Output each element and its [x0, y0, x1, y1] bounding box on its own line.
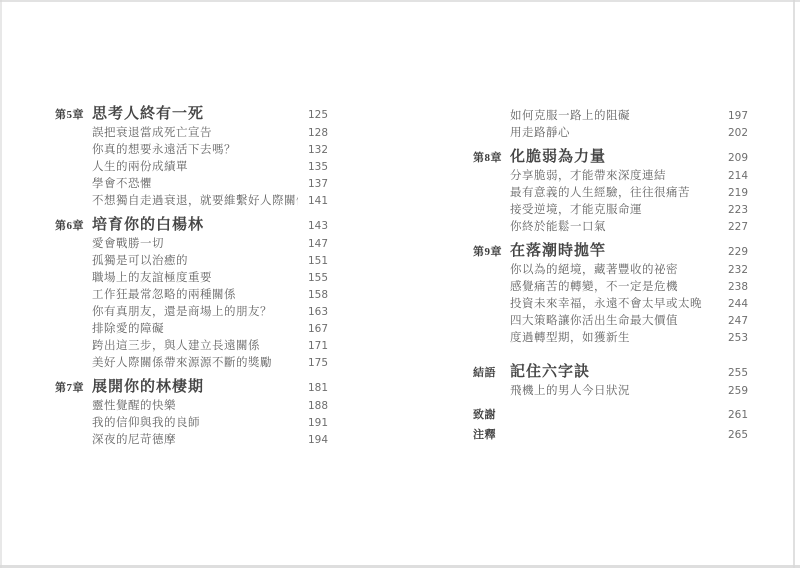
page-edge-left	[0, 0, 2, 568]
chapter-label: 第9章	[473, 241, 510, 263]
chapter-block: 第7章展開你的林棲期181靈性覺醒的快樂188我的信仰與我的良師191深夜的尼苛…	[55, 376, 328, 449]
entry-title: 度過轉型期，如獲新生	[510, 330, 718, 347]
toc-entry-row: 職場上的友誼極度重要155	[55, 270, 328, 287]
entry-page-number: 141	[298, 193, 328, 210]
chapter-heading-row: 第9章在落潮時拋竿229	[473, 240, 748, 262]
entry-title: 愛會戰勝一切	[92, 236, 298, 253]
toc-entry-row: 不想獨自走過衰退，就要維繫好人際關係141	[55, 193, 328, 210]
chapter-title: 培育你的白楊林	[92, 214, 298, 236]
backmatter-label: 注釋	[473, 425, 510, 445]
toc-entry-row: 你真的想要永遠活下去嗎？132	[55, 142, 328, 159]
chapter-block: 結語記住六字訣255飛機上的男人今日狀況259	[473, 361, 748, 400]
entry-page-number: 167	[298, 321, 328, 338]
page-edge-right	[793, 0, 795, 568]
toc-entry-row: 我的信仰與我的良師191	[55, 415, 328, 432]
chapter-page-number: 255	[718, 362, 748, 384]
entry-page-number: 132	[298, 142, 328, 159]
chapter-heading-row: 第8章化脆弱為力量209	[473, 146, 748, 168]
entry-title: 最有意義的人生經驗，往往很痛苦	[510, 185, 718, 202]
entry-title: 你有真朋友，還是商場上的朋友？	[92, 304, 298, 321]
toc-entry-row: 如何克服一路上的阻礙197	[473, 108, 748, 125]
entry-title: 如何克服一路上的阻礙	[510, 108, 718, 125]
toc-entry-row: 深夜的尼苛德摩194	[55, 432, 328, 449]
toc-entry-row: 最有意義的人生經驗，往往很痛苦219	[473, 185, 748, 202]
chapter-title: 思考人終有一死	[92, 103, 298, 125]
chapter-page-number: 209	[718, 147, 748, 169]
toc-column-right: 如何克服一路上的阻礙197用走路靜心202第8章化脆弱為力量209分享脆弱，才能…	[473, 108, 748, 445]
backmatter-row: 致謝261	[473, 405, 748, 425]
toc-column-left: 第5章思考人終有一死125誤把衰退當成死亡宣告128你真的想要永遠活下去嗎？13…	[55, 103, 328, 449]
chapter-title: 記住六字訣	[510, 361, 718, 383]
chapter-label: 結語	[473, 362, 510, 384]
chapter-page-number: 181	[298, 377, 328, 399]
entry-title: 投資未來幸福，永遠不會太早或太晚	[510, 296, 718, 313]
entry-title: 職場上的友誼極度重要	[92, 270, 298, 287]
entry-page-number: 147	[298, 236, 328, 253]
toc-entry-row: 人生的兩份成績單135	[55, 159, 328, 176]
backmatter-block: 致謝261	[473, 405, 748, 425]
toc-entry-row: 飛機上的男人今日狀況259	[473, 383, 748, 400]
entry-page-number: 238	[718, 279, 748, 296]
entry-title: 四大策略讓你活出生命最大價值	[510, 313, 718, 330]
chapter-page-number: 229	[718, 241, 748, 263]
entry-page-number: 158	[298, 287, 328, 304]
entry-page-number: 128	[298, 125, 328, 142]
chapter-page-number: 125	[298, 104, 328, 126]
entry-title: 感覺痛苦的轉變，不一定是危機	[510, 279, 718, 296]
toc-entry-row: 你以為的絕境，藏著豐收的祕密232	[473, 262, 748, 279]
entry-title: 跨出這三步，與人建立長遠關係	[92, 338, 298, 355]
toc-entry-row: 工作狂最常忽略的兩種關係158	[55, 287, 328, 304]
entry-title: 美好人際關係帶來源源不斷的獎勵	[92, 355, 298, 372]
backmatter-block: 注釋265	[473, 425, 748, 445]
toc-entry-row: 接受逆境，才能克服命運223	[473, 202, 748, 219]
entry-page-number: 244	[718, 296, 748, 313]
entry-page-number: 188	[298, 398, 328, 415]
chapter-block: 第9章在落潮時拋竿229你以為的絕境，藏著豐收的祕密232感覺痛苦的轉變，不一定…	[473, 240, 748, 347]
entry-page-number: 247	[718, 313, 748, 330]
entry-page-number: 191	[298, 415, 328, 432]
toc-entry-row: 美好人際關係帶來源源不斷的獎勵175	[55, 355, 328, 372]
chapter-heading-row: 第6章培育你的白楊林143	[55, 214, 328, 236]
chapter-block: 第6章培育你的白楊林143愛會戰勝一切147孤獨是可以治癒的151職場上的友誼極…	[55, 214, 328, 372]
entry-title: 分享脆弱，才能帶來深度連結	[510, 168, 718, 185]
entry-page-number: 214	[718, 168, 748, 185]
chapter-page-number: 143	[298, 215, 328, 237]
entry-page-number: 171	[298, 338, 328, 355]
chapter-block: 第5章思考人終有一死125誤把衰退當成死亡宣告128你真的想要永遠活下去嗎？13…	[55, 103, 328, 210]
book-spread-page: 第5章思考人終有一死125誤把衰退當成死亡宣告128你真的想要永遠活下去嗎？13…	[0, 0, 800, 568]
entry-title: 用走路靜心	[510, 125, 718, 142]
entry-page-number: 197	[718, 108, 748, 125]
entry-title: 不想獨自走過衰退，就要維繫好人際關係	[92, 193, 298, 210]
entry-page-number: 151	[298, 253, 328, 270]
toc-entry-row: 感覺痛苦的轉變，不一定是危機238	[473, 279, 748, 296]
toc-entry-row: 分享脆弱，才能帶來深度連結214	[473, 168, 748, 185]
entry-title: 誤把衰退當成死亡宣告	[92, 125, 298, 142]
chapter-heading-row: 第5章思考人終有一死125	[55, 103, 328, 125]
entry-title: 靈性覺醒的快樂	[92, 398, 298, 415]
chapter-label: 第7章	[55, 377, 92, 399]
toc-entry-row: 跨出這三步，與人建立長遠關係171	[55, 338, 328, 355]
entry-page-number: 219	[718, 185, 748, 202]
chapter-title: 展開你的林棲期	[92, 376, 298, 398]
toc-entry-row: 愛會戰勝一切147	[55, 236, 328, 253]
entry-title: 你真的想要永遠活下去嗎？	[92, 142, 298, 159]
entry-page-number: 223	[718, 202, 748, 219]
chapter-title: 在落潮時拋竿	[510, 240, 718, 262]
entry-page-number: 137	[298, 176, 328, 193]
entry-page-number: 202	[718, 125, 748, 142]
entry-page-number: 135	[298, 159, 328, 176]
toc-entry-row: 孤獨是可以治癒的151	[55, 253, 328, 270]
chapter-title: 化脆弱為力量	[510, 146, 718, 168]
toc-entry-row: 誤把衰退當成死亡宣告128	[55, 125, 328, 142]
chapter-heading-row: 第7章展開你的林棲期181	[55, 376, 328, 398]
continued-entries-block: 如何克服一路上的阻礙197用走路靜心202	[473, 108, 748, 142]
entry-title: 接受逆境，才能克服命運	[510, 202, 718, 219]
entry-title: 人生的兩份成績單	[92, 159, 298, 176]
entry-title: 我的信仰與我的良師	[92, 415, 298, 432]
entry-page-number: 163	[298, 304, 328, 321]
entry-title: 學會不恐懼	[92, 176, 298, 193]
toc-entry-row: 靈性覺醒的快樂188	[55, 398, 328, 415]
toc-entry-row: 排除愛的障礙167	[55, 321, 328, 338]
entry-title: 你以為的絕境，藏著豐收的祕密	[510, 262, 718, 279]
backmatter-page-number: 265	[718, 425, 748, 445]
entry-title: 孤獨是可以治癒的	[92, 253, 298, 270]
entry-page-number: 232	[718, 262, 748, 279]
toc-entry-row: 你終於能鬆一口氣227	[473, 219, 748, 236]
chapter-heading-row: 結語記住六字訣255	[473, 361, 748, 383]
chapter-label: 第6章	[55, 215, 92, 237]
toc-entry-row: 四大策略讓你活出生命最大價值247	[473, 313, 748, 330]
chapter-block: 第8章化脆弱為力量209分享脆弱，才能帶來深度連結214最有意義的人生經驗，往往…	[473, 146, 748, 236]
entry-title: 排除愛的障礙	[92, 321, 298, 338]
toc-entry-row: 學會不恐懼137	[55, 176, 328, 193]
backmatter-row: 注釋265	[473, 425, 748, 445]
toc-entry-row: 用走路靜心202	[473, 125, 748, 142]
entry-page-number: 227	[718, 219, 748, 236]
chapter-label: 第5章	[55, 104, 92, 126]
entry-page-number: 259	[718, 383, 748, 400]
chapter-label: 第8章	[473, 147, 510, 169]
backmatter-page-number: 261	[718, 405, 748, 425]
entry-title: 工作狂最常忽略的兩種關係	[92, 287, 298, 304]
toc-entry-row: 投資未來幸福，永遠不會太早或太晚244	[473, 296, 748, 313]
entry-page-number: 175	[298, 355, 328, 372]
backmatter-label: 致謝	[473, 405, 510, 425]
entry-title: 深夜的尼苛德摩	[92, 432, 298, 449]
entry-page-number: 155	[298, 270, 328, 287]
entry-title: 飛機上的男人今日狀況	[510, 383, 718, 400]
entry-title: 你終於能鬆一口氣	[510, 219, 718, 236]
toc-entry-row: 度過轉型期，如獲新生253	[473, 330, 748, 347]
page-edge-top	[0, 0, 800, 2]
entry-page-number: 253	[718, 330, 748, 347]
toc-entry-row: 你有真朋友，還是商場上的朋友？163	[55, 304, 328, 321]
entry-page-number: 194	[298, 432, 328, 449]
